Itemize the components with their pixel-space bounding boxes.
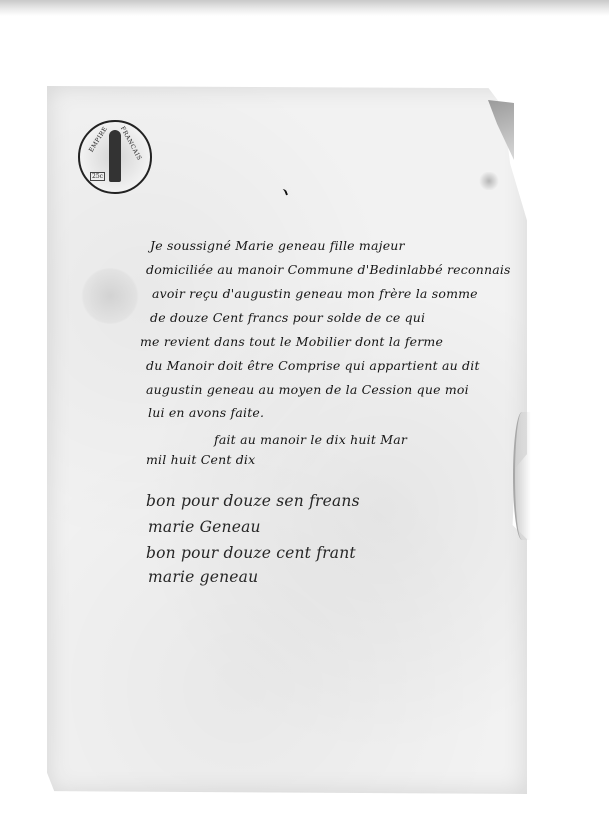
faint-seal-imprint xyxy=(80,268,140,324)
signature-line-4: marie geneau xyxy=(148,568,258,586)
torn-edge xyxy=(513,412,531,540)
body-line-7: augustin geneau au moyen de la Cession q… xyxy=(146,382,469,397)
signature-line-2: marie Geneau xyxy=(148,518,261,536)
stamp-text-left: EMPIRE xyxy=(88,125,109,153)
signature-line-1: bon pour douze sen freans xyxy=(146,492,360,510)
ink-smudge xyxy=(478,172,500,190)
stamp-value: 25c xyxy=(90,172,105,181)
date-line-1: fait au manoir le dix huit Mar xyxy=(214,432,407,447)
stamp-figure-icon xyxy=(109,130,121,182)
stamp-text-right: FRANCAIS xyxy=(119,125,143,162)
date-line-2: mil huit Cent dix xyxy=(146,452,255,467)
signature-line-3: bon pour douze cent frant xyxy=(146,544,356,562)
body-line-4: de douze Cent francs pour solde de ce qu… xyxy=(150,310,425,325)
body-line-5: me revient dans tout le Mobilier dont la… xyxy=(140,334,443,349)
scanner-edge-shadow xyxy=(0,0,609,16)
body-line-8: lui en avons faite. xyxy=(148,405,264,420)
body-line-3: avoir reçu d'augustin geneau mon frère l… xyxy=(152,286,478,301)
body-line-6: du Manoir doit être Comprise qui apparti… xyxy=(146,358,480,373)
body-line-1: Je soussigné Marie geneau fille majeur xyxy=(150,238,405,253)
body-line-2: domiciliée au manoir Commune d'Bedinlabb… xyxy=(146,262,511,277)
tax-stamp: EMPIRE FRANCAIS 25c xyxy=(78,120,152,194)
